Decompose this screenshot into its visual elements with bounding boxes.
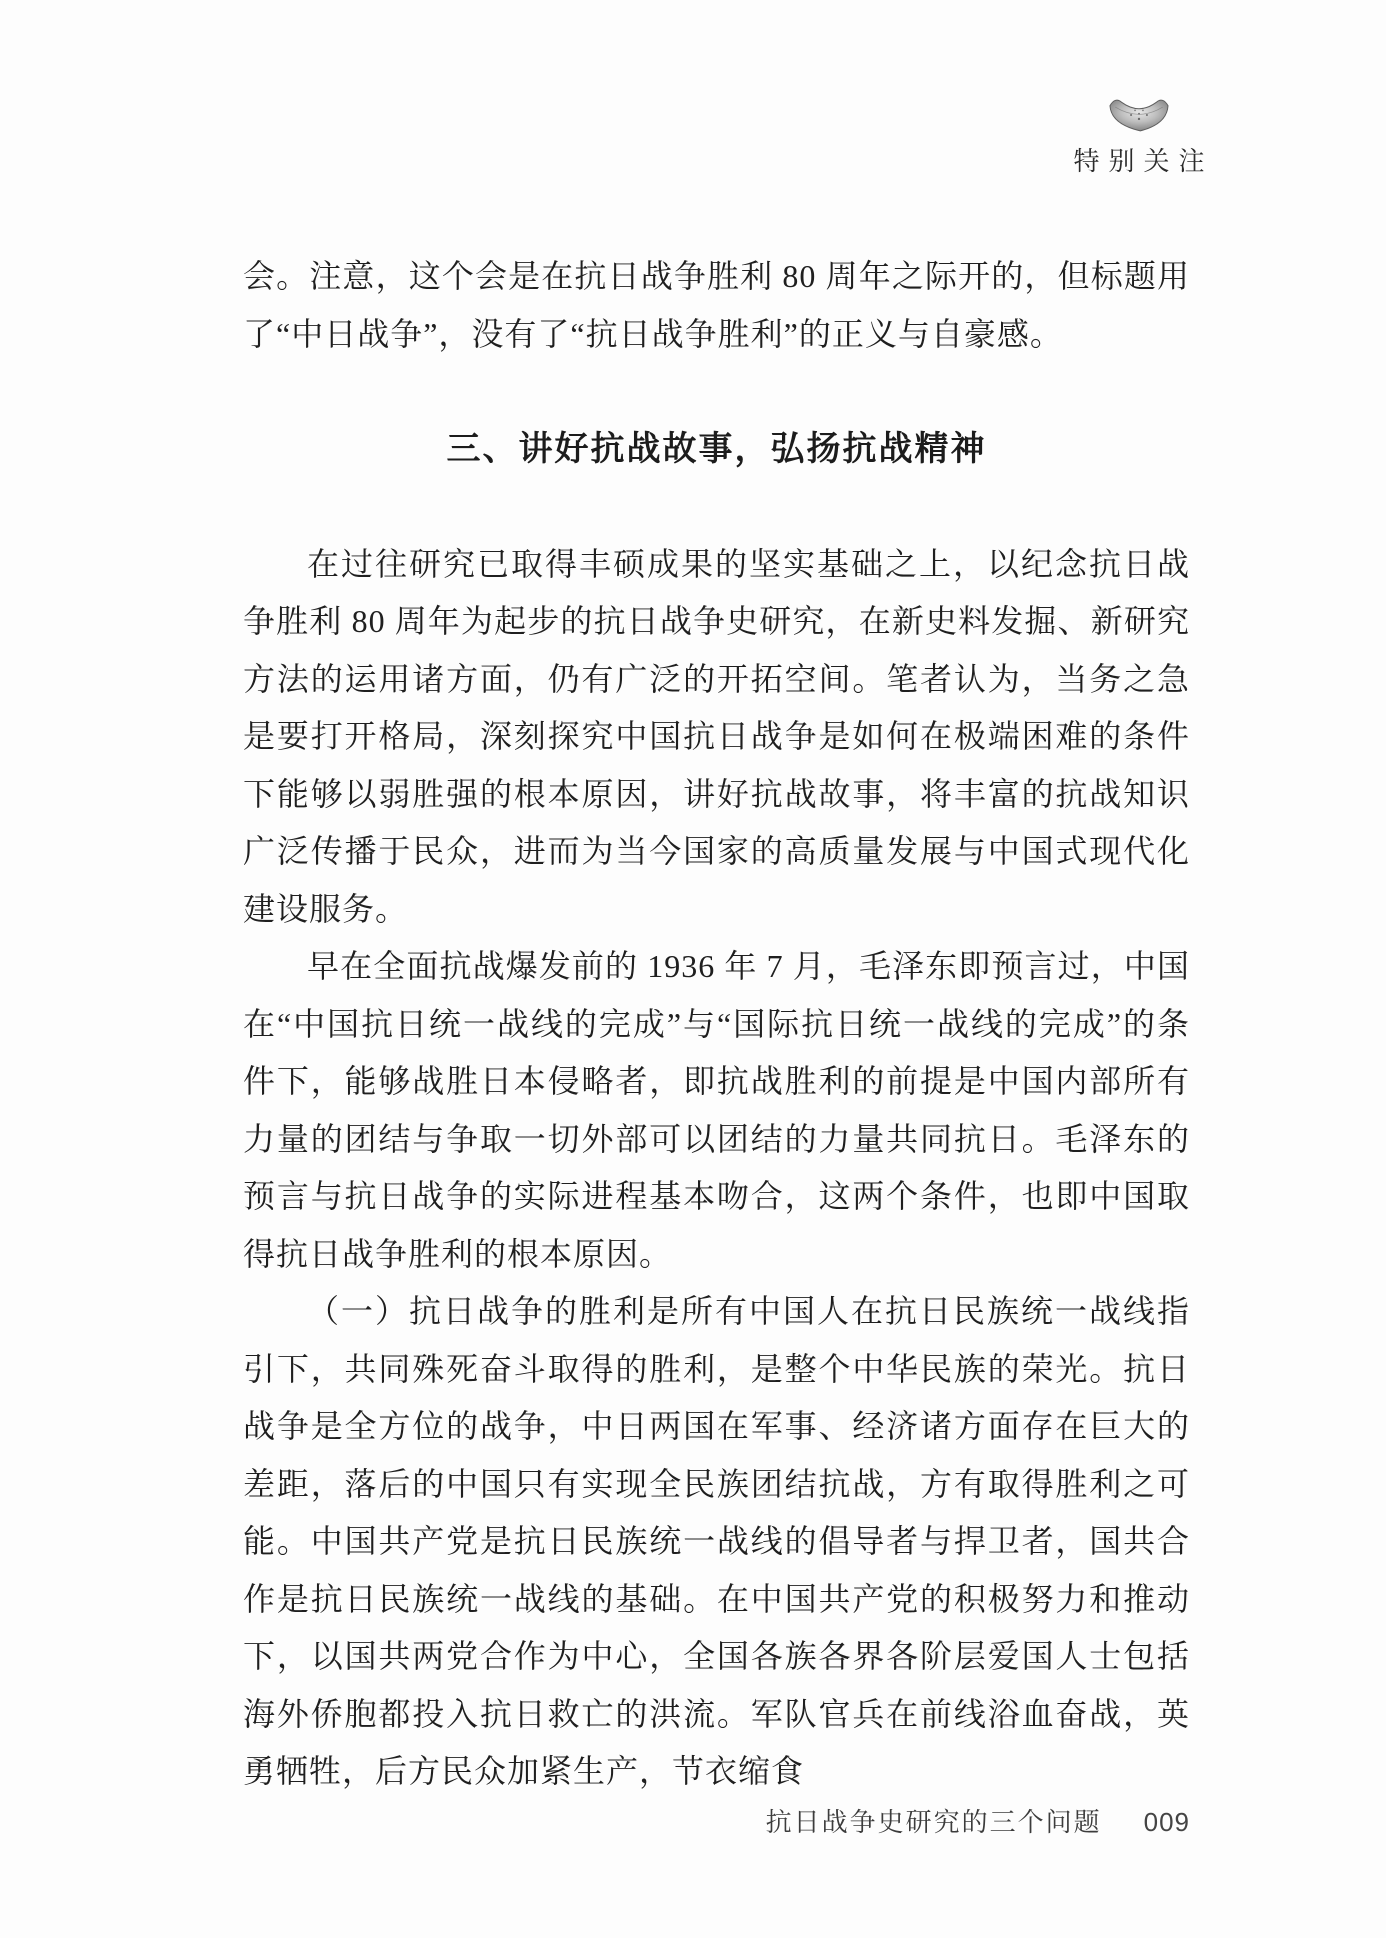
paragraph: （一）抗日战争的胜利是所有中国人在抗日民族统一战线指引下，共同殊死奋斗取得的胜利… (243, 1283, 1190, 1801)
page-footer: 抗日战争史研究的三个问题 009 (766, 1802, 1190, 1839)
paragraph: 在过往研究已取得丰硕成果的坚实基础之上，以纪念抗日战争胜利 80 周年为起步的抗… (243, 536, 1190, 939)
section-corner-mark: 特别关注 (1085, 95, 1193, 178)
paragraph: 早在全面抗战爆发前的 1936 年 7 月，毛泽东即预言过，中国在“中国抗日统一… (243, 938, 1190, 1283)
silver-ingot-icon (1106, 95, 1172, 135)
section-label: 特别关注 (1065, 141, 1214, 178)
document-page: 特别关注 会。注意，这个会是在抗日战争胜利 80 周年之际开的，但标题用了“中日… (0, 0, 1386, 1938)
footer-article-title: 抗日战争史研究的三个问题 (766, 1802, 1102, 1839)
section-heading: 三、讲好抗战故事，弘扬抗战精神 (243, 421, 1190, 479)
article-body: 会。注意，这个会是在抗日战争胜利 80 周年之际开的，但标题用了“中日战争”，没… (243, 248, 1190, 1801)
footer-page-number: 009 (1144, 1807, 1190, 1838)
paragraph-continuation: 会。注意，这个会是在抗日战争胜利 80 周年之际开的，但标题用了“中日战争”，没… (243, 248, 1190, 363)
